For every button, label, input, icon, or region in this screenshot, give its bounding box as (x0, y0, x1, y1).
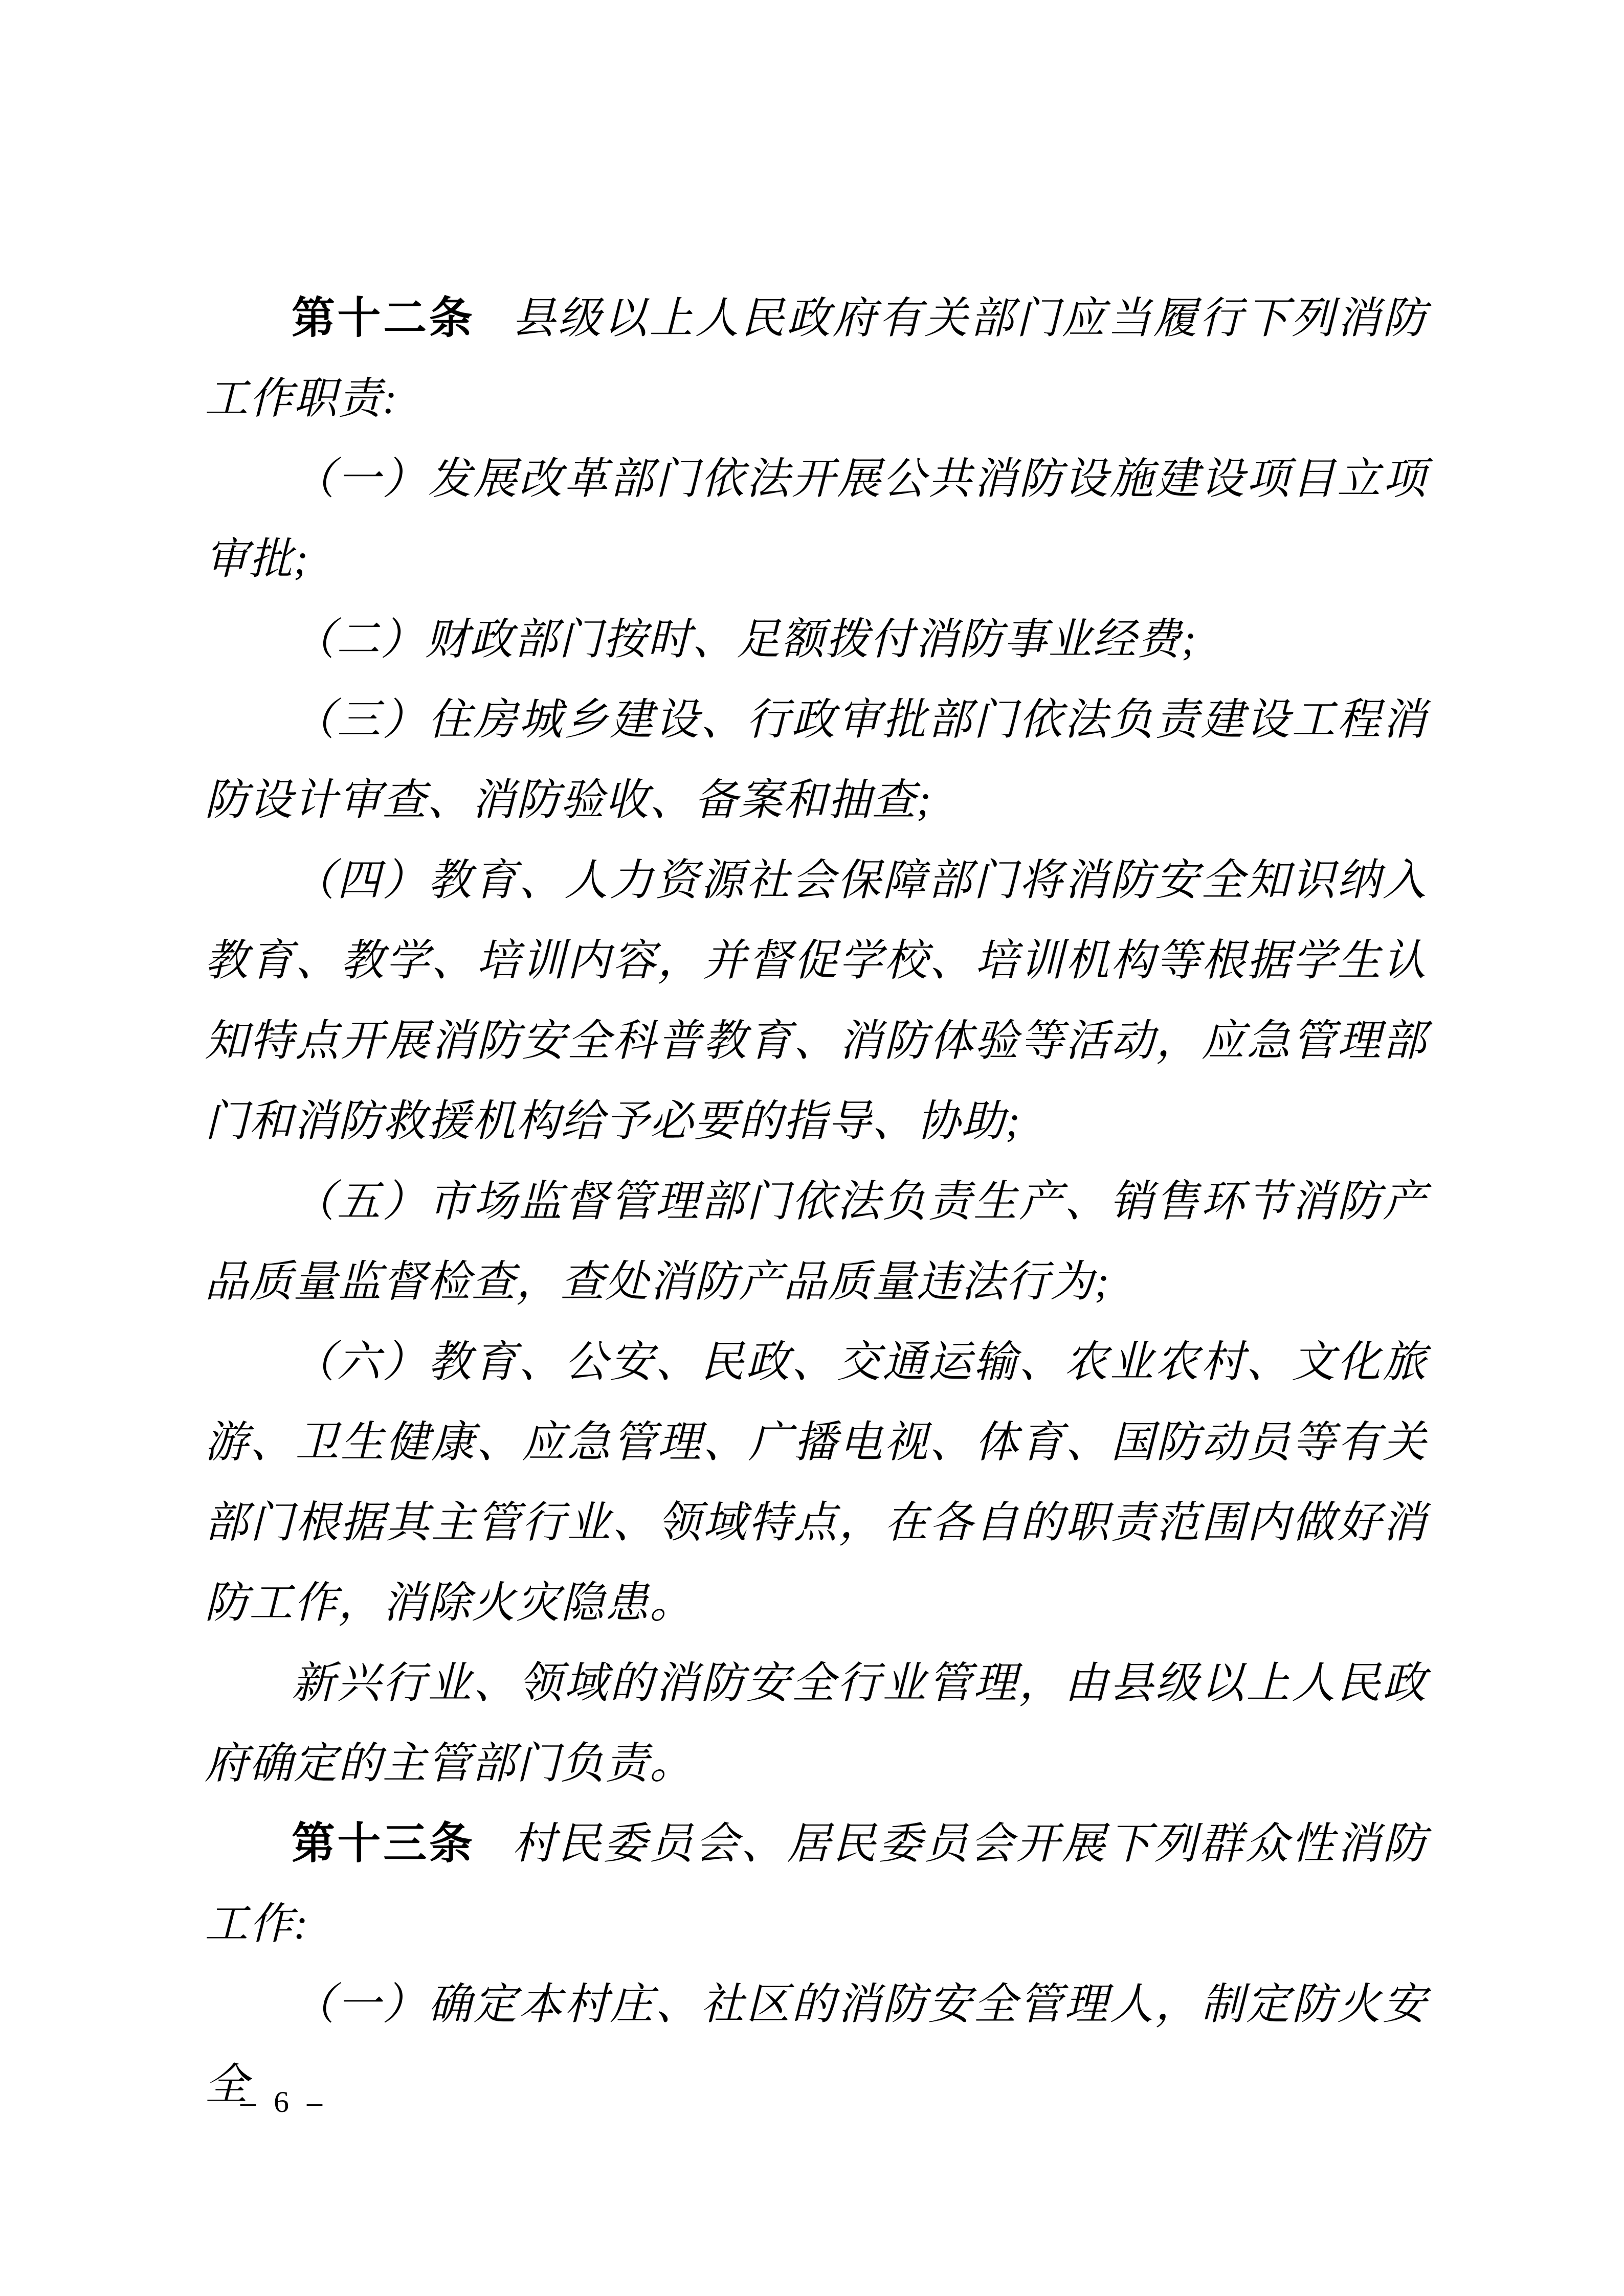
paragraph-emerging-industries: 新兴行业、领域的消防安全行业管理，由县级以上人民政府确定的主管部门负责。 (205, 1644, 1427, 1804)
document-body: 第十二条县级以上人民政府有关部门应当履行下列消防工作职责: （一）发展改革部门依… (205, 279, 1427, 2125)
paragraph-item-5: （五）市场监督管理部门依法负责生产、销售环节消防产品质量监督检查，查处消防产品质… (205, 1162, 1427, 1322)
paragraph-article-13: 第十三条村民委员会、居民委员会开展下列群众性消防工作: (205, 1804, 1427, 1965)
paragraph-item-1: （一）发展改革部门依法开展公共消防设施建设项目立项审批; (205, 439, 1427, 600)
paragraph-item-6: （六）教育、公安、民政、交通运输、农业农村、文化旅游、卫生健康、应急管理、广播电… (205, 1322, 1427, 1644)
article-number-heading: 第十三条 (292, 1820, 475, 1868)
paragraph-text: 新兴行业、领域的消防安全行业管理，由县级以上人民政府确定的主管部门负责。 (205, 1659, 1427, 1788)
paragraph-text: （六）教育、公安、民政、交通运输、农业农村、文化旅游、卫生健康、应急管理、广播电… (205, 1338, 1427, 1627)
page-number: – 6 – (240, 2086, 327, 2117)
paragraph-item-2: （二）财政部门按时、足额拨付消防事业经费; (205, 600, 1427, 680)
article-number-heading: 第十二条 (292, 295, 475, 343)
paragraph-text: （三）住房城乡建设、行政审批部门依法负责建设工程消防设计审查、消防验收、备案和抽… (205, 696, 1427, 824)
paragraph-article-12: 第十二条县级以上人民政府有关部门应当履行下列消防工作职责: (205, 279, 1427, 439)
paragraph-item-1-article-13: （一）确定本村庄、社区的消防安全管理人，制定防火安全 (205, 1965, 1427, 2125)
paragraph-item-3: （三）住房城乡建设、行政审批部门依法负责建设工程消防设计审查、消防验收、备案和抽… (205, 680, 1427, 841)
paragraph-text: （一）确定本村庄、社区的消防安全管理人，制定防火安全 (205, 1980, 1427, 2109)
paragraph-text: （五）市场监督管理部门依法负责生产、销售环节消防产品质量监督检查，查处消防产品质… (205, 1178, 1427, 1306)
paragraph-text: （四）教育、人力资源社会保障部门将消防安全知识纳入教育、教学、培训内容，并督促学… (205, 857, 1427, 1145)
paragraph-text: （二）财政部门按时、足额拨付消防事业经费; (292, 616, 1197, 664)
paragraph-text: （一）发展改革部门依法开展公共消防设施建设项目立项审批; (205, 455, 1427, 583)
document-page: 第十二条县级以上人民政府有关部门应当履行下列消防工作职责: （一）发展改革部门依… (0, 0, 1624, 2296)
paragraph-item-4: （四）教育、人力资源社会保障部门将消防安全知识纳入教育、教学、培训内容，并督促学… (205, 841, 1427, 1162)
